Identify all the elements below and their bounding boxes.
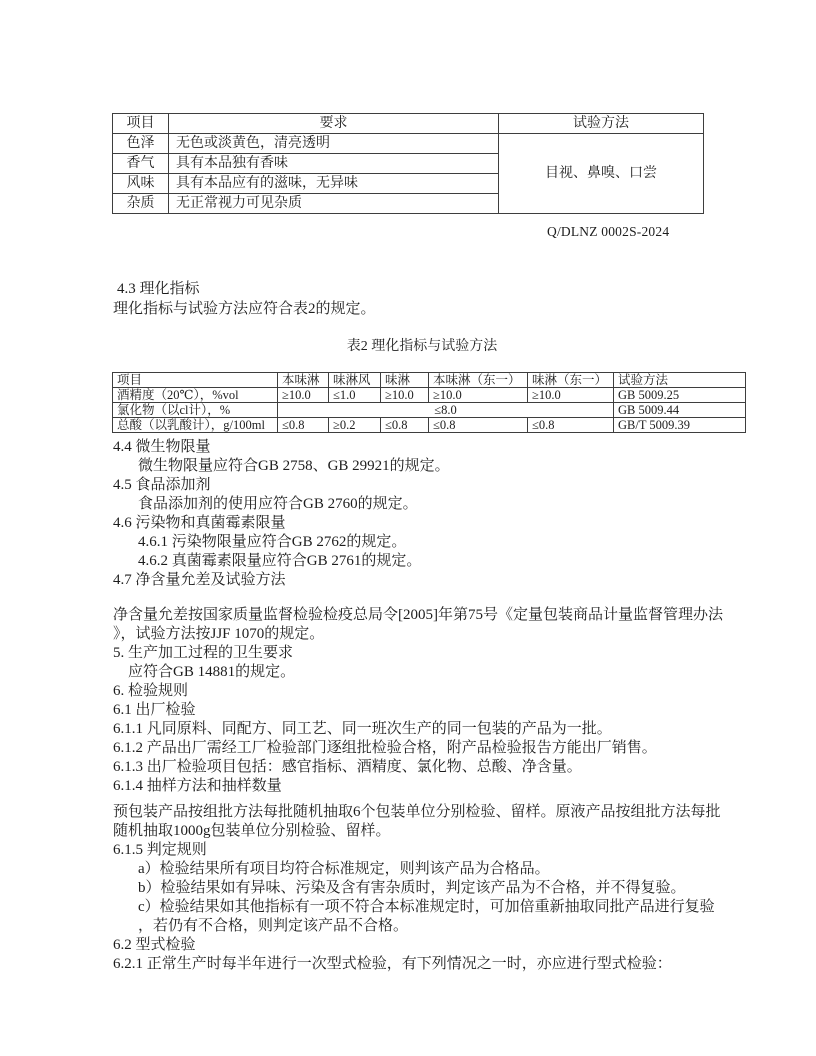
doc-line: 微生物限量应符合GB 2758、GB 29921的规定。 <box>138 457 803 476</box>
table2-column-header: 味淋 <box>381 373 429 388</box>
column-header-requirement: 要求 <box>169 114 499 134</box>
table2-column-header: 味淋风 <box>329 373 381 388</box>
limit-value-cell: ≤0.8 <box>429 418 528 433</box>
doc-line: 6.1.2 产品出厂需经工厂检验部门逐组批检验合格，附产品检验报告方能出厂销售。 <box>113 739 803 758</box>
test-method-cell: GB/T 5009.39 <box>614 418 746 433</box>
doc-line: 6.1 出厂检验 <box>113 701 803 720</box>
doc-line: 净含量允差按国家质量监督检验检疫总局令[2005]年第75号《定量包装商品计量监… <box>113 606 803 625</box>
table2-column-header: 试验方法 <box>614 373 746 388</box>
doc-line: 4.6.2 真菌霉素限量应符合GB 2761的规定。 <box>138 552 803 571</box>
limit-value-cell: ≤0.8 <box>381 418 429 433</box>
doc-line: 预包装产品按组批方法每批随机抽取6个包装单位分别检验、留样。原液产品按组批方法每… <box>113 803 803 822</box>
doc-line: a）检验结果所有项目均符合标准规定，则判该产品为合格品。 <box>138 860 803 879</box>
doc-line: 6.1.5 判定规则 <box>113 841 803 860</box>
test-method-cell: GB 5009.44 <box>614 403 746 418</box>
requirement-cell: 具有本品应有的滋味，无异味 <box>169 174 499 194</box>
doc-line: 4.6.1 污染物限量应符合GB 2762的规定。 <box>138 533 803 552</box>
requirement-cell: 无正常视力可见杂质 <box>169 194 499 214</box>
test-method-cell: 目视、鼻嗅、口尝 <box>499 134 704 214</box>
column-header-test-method: 试验方法 <box>499 114 704 134</box>
doc-line: 4.6 污染物和真菌霉素限量 <box>113 514 803 533</box>
section-4-3: 4.3 理化指标 理化指标与试验方法应符合表2的规定。 <box>113 279 376 319</box>
merged-limit-cell: ≤8.0 <box>278 403 614 418</box>
sensory-requirements-table: 项目 要求 试验方法 色泽无色或淡黄色，清亮透明目视、鼻嗅、口尝香气具有本品独有… <box>112 113 704 214</box>
doc-line: 食品添加剂的使用应符合GB 2760的规定。 <box>138 495 803 514</box>
doc-line: c）检验结果如其他指标有一项不符合本标准规定时，可加倍重新抽取同批产品进行复验 <box>138 898 803 917</box>
doc-line: 5. 生产加工过程的卫生要求 <box>113 644 803 663</box>
column-header-item: 项目 <box>113 114 169 134</box>
limit-value-cell: ≥10.0 <box>429 388 528 403</box>
index-name-cell: 酒精度（20℃），%vol <box>113 388 278 403</box>
doc-line: 6.2.1 正常生产时每半年进行一次型式检验，有下列情况之一时，亦应进行型式检验… <box>113 955 803 974</box>
doc-line: 6.1.1 凡同原料、同配方、同工艺、同一班次生产的同一包装的产品为一批。 <box>113 720 803 739</box>
item-cell: 香气 <box>113 154 169 174</box>
line-gap <box>113 796 803 803</box>
table2-column-header: 项目 <box>113 373 278 388</box>
limit-value-cell: ≥10.0 <box>381 388 429 403</box>
item-cell: 杂质 <box>113 194 169 214</box>
table2-row: 氯化物（以cl计），%≤8.0GB 5009.44 <box>113 403 746 418</box>
doc-line: 6. 检验规则 <box>113 682 803 701</box>
document-page: 项目 要求 试验方法 色泽无色或淡黄色，清亮透明目视、鼻嗅、口尝香气具有本品独有… <box>0 0 816 1056</box>
doc-line: b）检验结果如有异味、污染及含有害杂质时，判定该产品为不合格，并不得复验。 <box>138 879 803 898</box>
doc-line: 6.1.4 抽样方法和抽样数量 <box>113 777 803 796</box>
table2-caption: 表2 理化指标与试验方法 <box>112 335 732 355</box>
doc-line: 6.2 型式检验 <box>113 936 803 955</box>
index-name-cell: 总酸（以乳酸计），g/100ml <box>113 418 278 433</box>
index-name-cell: 氯化物（以cl计），% <box>113 403 278 418</box>
doc-line: 4.4 微生物限量 <box>113 438 803 457</box>
doc-line: 6.1.3 出厂检验项目包括：感官指标、酒精度、氯化物、总酸、净含量。 <box>113 758 803 777</box>
section-4-3-heading: 4.3 理化指标 <box>117 279 376 299</box>
limit-value-cell: ≥10.0 <box>278 388 329 403</box>
item-cell: 色泽 <box>113 134 169 154</box>
limit-value-cell: ≤0.8 <box>528 418 614 433</box>
limit-value-cell: ≥0.2 <box>329 418 381 433</box>
line-gap <box>113 590 803 606</box>
table2-row: 总酸（以乳酸计），g/100ml≤0.8≥0.2≤0.8≤0.8≤0.8GB/T… <box>113 418 746 433</box>
doc-line: 随机抽取1000g包装单位分别检验、留样。 <box>113 822 803 841</box>
test-method-cell: GB 5009.25 <box>614 388 746 403</box>
doc-line: 应符合GB 14881的规定。 <box>128 663 803 682</box>
doc-line: 》，试验方法按JJF 1070的规定。 <box>113 625 803 644</box>
doc-line: 4.7 净含量允差及试验方法 <box>113 571 803 590</box>
document-body-text: 4.4 微生物限量微生物限量应符合GB 2758、GB 29921的规定。4.5… <box>113 438 803 974</box>
requirement-cell: 无色或淡黄色，清亮透明 <box>169 134 499 154</box>
table2-column-header: 本味淋 <box>278 373 329 388</box>
item-cell: 风味 <box>113 174 169 194</box>
table2-column-header: 味淋（东一） <box>528 373 614 388</box>
document-code: Q/DLNZ 0002S-2024 <box>547 224 669 240</box>
section-4-3-body: 理化指标与试验方法应符合表2的规定。 <box>113 299 376 319</box>
limit-value-cell: ≥10.0 <box>528 388 614 403</box>
doc-line: 4.5 食品添加剂 <box>113 476 803 495</box>
table2-column-header: 本味淋（东一） <box>429 373 528 388</box>
physchem-indexes-table: 项目本味淋味淋风味淋本味淋（东一）味淋（东一）试验方法 酒精度（20℃），%vo… <box>112 372 746 433</box>
requirement-cell: 具有本品独有香味 <box>169 154 499 174</box>
table-row: 色泽无色或淡黄色，清亮透明目视、鼻嗅、口尝 <box>113 134 704 154</box>
table2-row: 酒精度（20℃），%vol≥10.0≤1.0≥10.0≥10.0≥10.0GB … <box>113 388 746 403</box>
limit-value-cell: ≤0.8 <box>278 418 329 433</box>
limit-value-cell: ≤1.0 <box>329 388 381 403</box>
table-header-row: 项目 要求 试验方法 <box>113 114 704 134</box>
table2-header-row: 项目本味淋味淋风味淋本味淋（东一）味淋（东一）试验方法 <box>113 373 746 388</box>
doc-line: ，若仍有不合格，则判定该产品不合格。 <box>138 917 803 936</box>
